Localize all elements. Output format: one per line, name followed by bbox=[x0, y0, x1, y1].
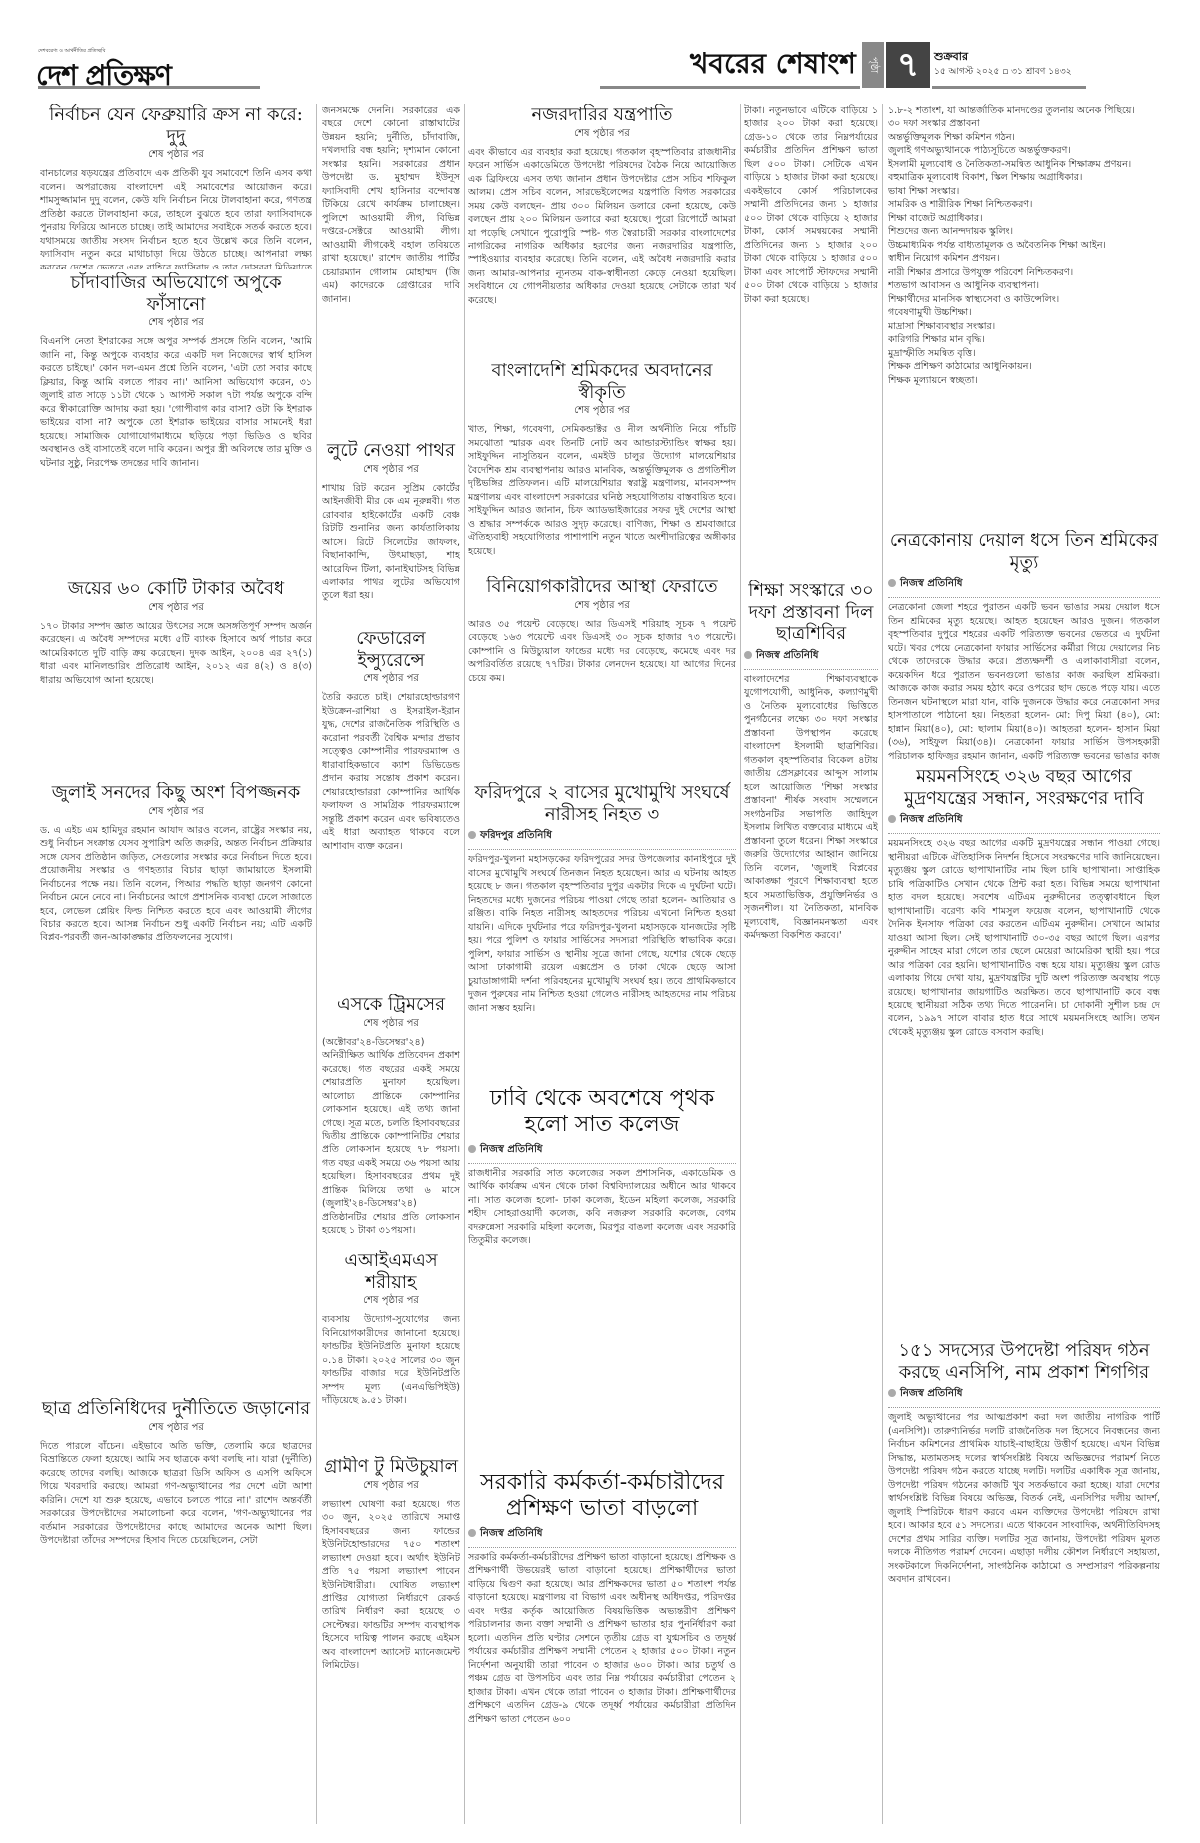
continued-label: শেষ পৃষ্ঠার পর bbox=[322, 1478, 460, 1495]
masthead: দেশবরেণ্য ও আর্থনীতির প্রতিচ্ছবি দেশ প্র… bbox=[0, 0, 1200, 100]
bullet-icon bbox=[888, 815, 896, 823]
headline[interactable]: চাঁদাবাজির অভিযোগে অপুকে ফাঁসানো bbox=[40, 272, 312, 315]
list-item: শিক্ষক প্রশিক্ষণ কাঠামোর আধুনিকায়ন। bbox=[888, 360, 1160, 373]
headline[interactable]: নেত্রকোনায় দেয়াল ধসে তিন শ্রমিকের মৃত্… bbox=[888, 530, 1160, 573]
continued-label: শেষ পৃষ্ঠার পর bbox=[40, 804, 312, 821]
continued-label: শেষ পৃষ্ঠার পর bbox=[40, 1420, 312, 1437]
article-federal-insurance[interactable]: ফেডারেল ইন্স্যুরেন্সে শেষ পৃষ্ঠার পর তৈর… bbox=[322, 628, 460, 988]
article-body: জনসমক্ষে দেননি। সরকারের এক বছরে দেশে কোন… bbox=[322, 104, 460, 306]
article-surveillance[interactable]: নজরদারির যন্ত্রপাতি শেষ পৃষ্ঠার পর এবং ক… bbox=[468, 104, 736, 354]
article-aims-shariah[interactable]: এআইএমএস শরীয়াহ শেষ পৃষ্ঠার পর ব্যবসায় … bbox=[322, 1250, 460, 1450]
column-divider bbox=[882, 104, 883, 1824]
headline[interactable]: ঢাবি থেকে অবশেষে পৃথক হলো সাত কলেজ bbox=[468, 1086, 736, 1139]
page-number: ৭ bbox=[886, 42, 930, 88]
article-body: ব্যবসায় উদ্যোগ-সুযোগের জন্য বিনিয়োগকার… bbox=[322, 1313, 460, 1407]
article-body: ময়মনসিংহে ৩২৬ বছর আগের একটি মুদ্রণযন্ত্… bbox=[888, 837, 1160, 1039]
list-item: শিশুদের জন্য আনন্দদায়ক স্কুলিং। bbox=[888, 225, 1160, 238]
article-body: শাখায় রিট করেন সুপ্রিম কোর্টের আইনজীবী … bbox=[322, 482, 460, 603]
article-extortion[interactable]: চাঁদাবাজির অভিযোগে অপুকে ফাঁসানো শেষ পৃষ… bbox=[40, 272, 312, 572]
article-body: জুলাই অভ্যুত্থানের পর আত্মপ্রকাশ করা দল … bbox=[888, 1411, 1160, 1586]
article-body: তৈরি করতে চাই। শেয়ারহোল্ডারগণ ইউক্রেন-র… bbox=[322, 691, 460, 853]
list-item: উচ্চমাধ্যমিক পর্যন্ত বাধ্যতামূলক ও অবৈতন… bbox=[888, 239, 1160, 252]
continued-label: শেষ পৃষ্ঠার পর bbox=[40, 147, 312, 164]
article-col2-continuation[interactable]: জনসমক্ষে দেননি। সরকারের এক বছরে দেশে কোন… bbox=[322, 104, 460, 434]
article-body: নেত্রকোনা জেলা শহরে পুরাতন একটি ভবন ভাঙা… bbox=[888, 601, 1160, 760]
byline: নিজস্ব প্রতিনিধি bbox=[468, 1142, 736, 1164]
list-item: শিক্ষা বাজেট অগ্রাধিকার। bbox=[888, 212, 1160, 225]
article-faridpur[interactable]: ফরিদপুরে ২ বাসের মুখোমুখি সংঘর্ষে নারীসহ… bbox=[468, 782, 736, 1082]
article-investors[interactable]: বিনিয়োগকারীদের আস্থা ফেরাতে শেষ পৃষ্ঠার… bbox=[468, 576, 736, 776]
article-grameen[interactable]: গ্রামীণ টু মিউচুয়াল শেষ পৃষ্ঠার পর লভ্য… bbox=[322, 1456, 460, 1826]
bullet-icon bbox=[888, 1389, 896, 1397]
headline[interactable]: ছাত্র প্রতিনিধিদের দুর্নীতিতে জড়ানোর bbox=[40, 1398, 312, 1420]
article-body: টাকা। নতুনভাবে এটিকে বাড়িয়ে ১ হাজার ২০… bbox=[744, 104, 878, 306]
newspaper-logo[interactable]: দেশ প্রতিক্ষণ bbox=[36, 54, 171, 101]
headline[interactable]: গ্রামীণ টু মিউচুয়াল bbox=[322, 1456, 460, 1478]
bullet-icon bbox=[744, 651, 752, 659]
column-divider bbox=[740, 104, 741, 1824]
headline[interactable]: ফরিদপুরে ২ বাসের মুখোমুখি সংঘর্ষে নারীসহ… bbox=[468, 782, 736, 825]
bullet-icon bbox=[468, 831, 476, 839]
article-sk-trims[interactable]: এসকে ট্রিমসের শেষ পৃষ্ঠার পর (অক্টোবর'২৪… bbox=[322, 994, 460, 1244]
article-body: খাত, শিক্ষা, গবেষণা, সেমিকন্ডাক্টর ও নীল… bbox=[468, 423, 736, 558]
article-body: সরকারি কর্মকর্তা-কর্মচারীদের প্রশিক্ষণ ভ… bbox=[468, 1551, 736, 1726]
article-body: (অক্টোবর'২৪-ডিসেম্বর'২৪) অনিরীক্ষিত আর্থ… bbox=[322, 1036, 460, 1238]
continued-label: শেষ পৃষ্ঠার পর bbox=[322, 1016, 460, 1033]
article-july-sanad[interactable]: জুলাই সনদের কিছু অংশ বিপজ্জনক শেষ পৃষ্ঠা… bbox=[40, 782, 312, 1392]
article-body: ১৭০ টাকার সম্পদ জ্ঞাত আয়ের উৎসের সঙ্গে … bbox=[40, 620, 312, 687]
list-item: সামরিক ও শারীরিক শিক্ষা নিশ্চিতকরণ। bbox=[888, 198, 1160, 211]
bullet-icon bbox=[468, 1529, 476, 1537]
headline[interactable]: জয়ের ৬০ কোটি টাকার অবৈধ bbox=[40, 578, 312, 600]
column-divider bbox=[316, 104, 317, 1824]
article-shibir[interactable]: শিক্ষা সংস্কারে ৩০ দফা প্রস্তাবনা দিল ছা… bbox=[744, 580, 878, 1825]
article-body: বানচালের ষড়যন্ত্রের প্রতিবাদে এক প্রতিক… bbox=[40, 167, 312, 269]
article-col4-continuation[interactable]: টাকা। নতুনভাবে এটিকে বাড়িয়ে ১ হাজার ২০… bbox=[744, 104, 878, 384]
continued-label: শেষ পৃষ্ঠার পর bbox=[40, 600, 312, 617]
continued-label: শেষ পৃষ্ঠার পর bbox=[468, 403, 736, 420]
byline: ফরিদপুর প্রতিনিধি bbox=[468, 828, 736, 850]
headline[interactable]: জুলাই সনদের কিছু অংশ বিপজ্জনক bbox=[40, 782, 312, 804]
masthead-rule bbox=[38, 86, 260, 89]
byline: নিজস্ব প্রতিনিধি bbox=[468, 1526, 736, 1548]
headline[interactable]: ময়মনসিংহে ৩২৬ বছর আগের মুদ্রণযন্ত্রের স… bbox=[888, 766, 1160, 809]
list-item: শিক্ষক মূল্যায়নে স্বচ্ছতা। bbox=[888, 374, 1160, 387]
continued-label: শেষ পৃষ্ঠার পর bbox=[40, 315, 312, 332]
byline: নিজস্ব প্রতিনিধি bbox=[888, 576, 1160, 598]
headline[interactable]: এসকে ট্রিমসের bbox=[322, 994, 460, 1016]
headline[interactable]: সরকারি কর্মকর্তা-কর্মচারীদের প্রশিক্ষণ ভ… bbox=[468, 1470, 736, 1523]
headline[interactable]: ১৫১ সদস্যের উপদেষ্টা পরিষদ গঠন করছে এনসি… bbox=[888, 1340, 1160, 1383]
headline[interactable]: ফেডারেল ইন্স্যুরেন্সে bbox=[322, 628, 460, 671]
article-ncp[interactable]: ১৫১ সদস্যের উপদেষ্টা পরিষদ গঠন করছে এনসি… bbox=[888, 1340, 1160, 1825]
article-mymensingh[interactable]: ময়মনসিংহে ৩২৬ বছর আগের মুদ্রণযন্ত্রের স… bbox=[888, 766, 1160, 1336]
list-item: নারী শিক্ষার প্রসারে উপযুক্ত পরিবেশ নিশ্… bbox=[888, 266, 1160, 279]
article-netrokona[interactable]: নেত্রকোনায় দেয়াল ধসে তিন শ্রমিকের মৃত্… bbox=[888, 530, 1160, 760]
article-body: ড. এ এইচ এম হামিদুর রহমান আযাদ আরও বলেন,… bbox=[40, 824, 312, 945]
list-item: বহুমাত্রিক মূল্যবোধ বিকাশ, স্কিল শিক্ষায… bbox=[888, 171, 1160, 184]
article-body: লভ্যাংশ ঘোষণা করা হয়েছে। গত ৩০ জুন, ২০২… bbox=[322, 1498, 460, 1673]
list-item: শতভাগ আবাসন ও আধুনিক ব্যবস্থাপনা। bbox=[888, 279, 1160, 292]
continued-label: শেষ পৃষ্ঠার পর bbox=[322, 671, 460, 688]
list-item: ইসলামী মূল্যবোধ ও নৈতিকতা-সমন্বিত আধুনিক… bbox=[888, 158, 1160, 171]
list-item: জুলাই গণঅভ্যুত্থানকে পাঠ্যসূচিতে অন্তর্ভ… bbox=[888, 144, 1160, 157]
list-intro: ১.৮-২ শতাংশ, যা আন্তর্জাতিক মানদণ্ডের তু… bbox=[888, 104, 1160, 117]
headline[interactable]: লুটে নেওয়া পাথর bbox=[322, 440, 460, 462]
bullet-icon bbox=[468, 1145, 476, 1153]
article-body: রাজধানীর সরকারি সাত কলেজের সকল প্রশাসনিক… bbox=[468, 1167, 736, 1248]
list-item: মুদ্রাস্ফীতি সমন্বিত বৃত্তি। bbox=[888, 347, 1160, 360]
article-body: বিএনপি নেতা ইশরাকের সঙ্গে অপুর সম্পর্ক প… bbox=[40, 335, 312, 470]
section-title: খবরের শেষাংশ bbox=[690, 42, 856, 89]
headline[interactable]: বাংলাদেশি শ্রমিকদের অবদানের স্বীকৃতি bbox=[468, 360, 736, 403]
list-item: অন্তর্ভুক্তিমূলক শিক্ষা কমিশন গঠন। bbox=[888, 131, 1160, 144]
byline: নিজস্ব প্রতিনিধি bbox=[888, 1386, 1160, 1408]
headline[interactable]: এআইএমএস শরীয়াহ bbox=[322, 1250, 460, 1293]
headline[interactable]: নির্বাচন যেন ফেব্রুয়ারি ক্রস না করে: দু… bbox=[40, 104, 312, 147]
list-item: ভাষা শিক্ষা সংস্কার। bbox=[888, 185, 1160, 198]
article-workers[interactable]: বাংলাদেশি শ্রমিকদের অবদানের স্বীকৃতি শেষ… bbox=[468, 360, 736, 570]
column-divider bbox=[464, 104, 465, 1824]
article-looted-stone[interactable]: লুটে নেওয়া পাথর শেষ পৃষ্ঠার পর শাখায় র… bbox=[322, 440, 460, 620]
continued-label: শেষ পৃষ্ঠার পর bbox=[468, 126, 736, 143]
article-student-leaders[interactable]: ছাত্র প্রতিনিধিদের দুর্নীতিতে জড়ানোর শে… bbox=[40, 1398, 312, 1818]
article-seven-colleges[interactable]: ঢাবি থেকে অবশেষে পৃথক হলো সাত কলেজ নিজস্… bbox=[468, 1086, 736, 1466]
article-jayer[interactable]: জয়ের ৬০ কোটি টাকার অবৈধ শেষ পৃষ্ঠার পর … bbox=[40, 578, 312, 778]
continued-label: শেষ পৃষ্ঠার পর bbox=[322, 462, 460, 479]
article-body: ফরিদপুর-খুলনা মহাসড়কের ফরিদপুরের সদর উপ… bbox=[468, 853, 736, 1015]
list-item: স্বাধীন নিয়োগ কমিশন প্রণয়ন। bbox=[888, 252, 1160, 265]
article-body: আরও ৩৫ পয়েন্ট বেড়েছে। আর ডিএসই শরিয়াহ… bbox=[468, 618, 736, 685]
list-item: শিক্ষার্থীদের মানসিক স্বাস্থ্যসেবা ও কাউ… bbox=[888, 293, 1160, 306]
article-body: দিতে পারলে বাঁচেন। এইভাবে অতি ভক্তি, তেল… bbox=[40, 1440, 312, 1548]
continued-label: শেষ পৃষ্ঠার পর bbox=[322, 1293, 460, 1310]
byline: নিজস্ব প্রতিনিধি bbox=[888, 812, 1160, 834]
article-body: এবং কীভাবে এর ব্যবহার করা হয়েছে। গতকাল … bbox=[468, 146, 736, 308]
article-training-allowance[interactable]: সরকারি কর্মকর্তা-কর্মচারীদের প্রশিক্ষণ ভ… bbox=[468, 1470, 736, 1825]
headline[interactable]: বিনিয়োগকারীদের আস্থা ফেরাতে bbox=[468, 576, 736, 598]
list-item: গবেষণামুখী উচ্চশিক্ষা। bbox=[888, 306, 1160, 319]
headline[interactable]: শিক্ষা সংস্কারে ৩০ দফা প্রস্তাবনা দিল ছা… bbox=[744, 580, 878, 645]
reforms-list[interactable]: ১.৮-২ শতাংশ, যা আন্তর্জাতিক মানদণ্ডের তু… bbox=[888, 104, 1160, 544]
continued-label: শেষ পৃষ্ঠার পর bbox=[468, 598, 736, 615]
issue-date: ১৫ আগস্ট ২০২৫ ▫ ৩১ শ্রাবণ ১৪৩২ bbox=[934, 64, 1072, 79]
list-item: মাদ্রাসা শিক্ষাব্যবস্থার সংস্কার। bbox=[888, 320, 1160, 333]
list-item: কারিগরি শিক্ষার মান বৃদ্ধি। bbox=[888, 333, 1160, 346]
page-label: পৃষ্ঠা bbox=[862, 42, 884, 88]
article-body: বাংলাদেশের শিক্ষাব্যবস্থাকে যুগোপযোগী, আ… bbox=[744, 673, 878, 943]
masthead-rule bbox=[932, 86, 1086, 89]
article-election[interactable]: নির্বাচন যেন ফেব্রুয়ারি ক্রস না করে: দু… bbox=[40, 104, 312, 269]
byline: নিজস্ব প্রতিনিধি bbox=[744, 648, 878, 670]
headline[interactable]: নজরদারির যন্ত্রপাতি bbox=[468, 104, 736, 126]
list-title: ৩০ দফা সংস্কার প্রস্তাবনা bbox=[888, 117, 1160, 130]
bullet-icon bbox=[888, 579, 896, 587]
reforms-items: অন্তর্ভুক্তিমূলক শিক্ষা কমিশন গঠন। জুলাই… bbox=[888, 131, 1160, 387]
